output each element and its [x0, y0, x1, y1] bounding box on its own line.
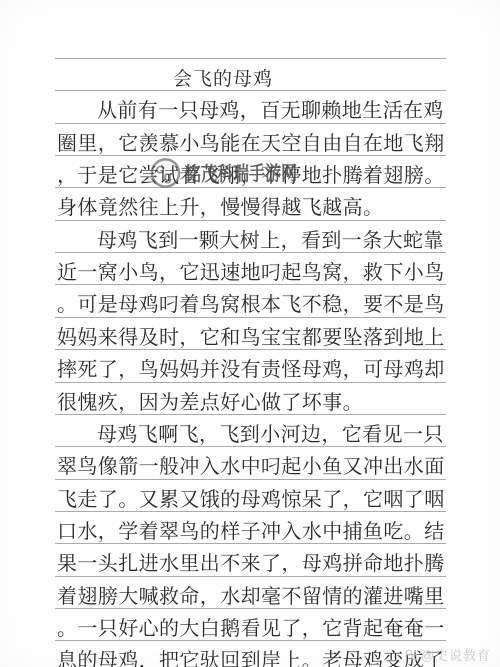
- essay-line: 摔死了，鸟妈妈并没有责怪母鸡，可母鸡却: [57, 360, 477, 382]
- essay-line: 。一只好心的大白鹅看见了，它背起奄奄一: [57, 619, 477, 641]
- essay-line: 飞走了。又累又饿的母鸡惊呆了，它咽了咽: [57, 490, 477, 512]
- essay-line: 母鸡飞到一颗大树上，看到一条大蛇靠: [57, 231, 477, 253]
- essay-page: 会飞的母鸡 从前有一只母鸡，百无聊赖地生活在鸡圈里，它羡慕小鸟能在天空自由自在地…: [0, 0, 500, 667]
- essay-line: 身体竟然往上升，慢慢得越飞越高。: [57, 198, 477, 220]
- essay-line: 翠鸟像箭一般冲入水中叼起小鱼又冲出水面: [57, 457, 477, 479]
- essay-line: 着翅膀大喊救命，水却毫不留情的灌进嘴里: [57, 587, 477, 609]
- essay-line: 母鸡飞啊飞，飞到小河边，它看见一只: [57, 425, 477, 447]
- essay-line: 息的母鸡，把它驮回到岸上。老母鸡变成了: [57, 651, 477, 667]
- essay-line: 近一窝小鸟，它迅速地叼起鸟窝，救下小鸟: [57, 263, 477, 285]
- essay-line: 圈里，它羡慕小鸟能在天空自由自在地飞翔: [57, 134, 477, 156]
- essay-line: 从前有一只母鸡，百无聊赖地生活在鸡: [57, 101, 477, 123]
- essay-line: 果一头扎进水里出不来了，母鸡拼命地扑腾: [57, 554, 477, 576]
- essay-line: 口水，学着翠鸟的样子冲入水中捕鱼吃。结: [57, 522, 477, 544]
- essay-line: 很愧疚，因为差点好心做了坏事。: [57, 393, 477, 415]
- essay-title: 会飞的母鸡: [57, 69, 273, 91]
- essay-line: 。可是母鸡叼着鸟窝根本飞不稳，要不是鸟: [57, 295, 477, 317]
- essay-line: 妈妈来得及时，它和鸟宝宝都要坠落到地上: [57, 328, 477, 350]
- rule-line: [55, 58, 446, 59]
- essay-line: ，于是它尝试着飞翔，不停地扑腾着翅膀。: [57, 166, 477, 188]
